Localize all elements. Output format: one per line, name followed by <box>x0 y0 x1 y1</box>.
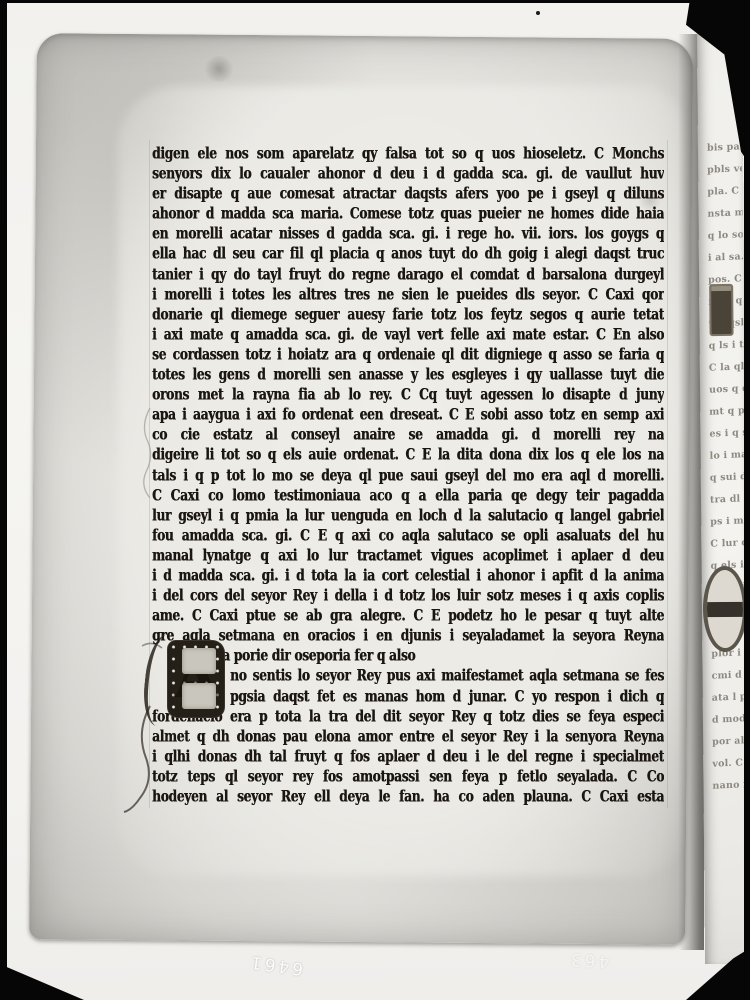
facing-initial-block <box>709 284 733 336</box>
photo-frame: digen ele nos som aparelatz qy falsa tot… <box>0 0 750 1000</box>
facing-page-edge: bis panls qpbls veriospla. C uirnsta man… <box>697 30 750 964</box>
illuminated-initial-a: A <box>158 641 228 717</box>
facing-fragment-line: C la ql su <box>709 361 744 385</box>
facing-fragment-line: q ls i talm <box>709 339 744 363</box>
ink-stain <box>203 56 235 82</box>
facing-fragment-line: q sui dl r <box>710 471 745 495</box>
facing-fragment-line: i al sa. C q <box>708 251 743 275</box>
text-block: digen ele nos som aparelatz qy falsa tot… <box>152 146 664 809</box>
facing-fragment-line: ata l pero i al <box>712 691 747 715</box>
dust-speck <box>536 11 540 15</box>
facing-fragment-line: q lo so i q <box>708 229 743 253</box>
facing-text-column: bis panls qpbls veriospla. C uirnsta man… <box>707 142 748 802</box>
facing-fragment-line: uos q dir <box>709 383 744 407</box>
facing-fragment-line: es i q so <box>709 427 744 451</box>
facing-fragment-line: nsta mane <box>707 207 742 231</box>
frame-edge-left <box>0 0 7 1000</box>
facing-fragment-line: mt q pla <box>709 405 744 429</box>
facing-fragment-line: C lur qu <box>710 537 745 561</box>
facing-initial-round <box>703 566 748 652</box>
facing-initial-band <box>703 602 747 617</box>
facing-fragment-line: nano i man <box>712 779 747 803</box>
frame-edge-top <box>0 0 750 3</box>
facing-fragment-line: d mode mayes q <box>712 713 747 737</box>
initial-panel-bottom <box>182 683 216 709</box>
manuscript-line: hodeyen al seyor Rey ell deya le fan. ha… <box>152 786 664 812</box>
initial-panel-top <box>182 648 216 674</box>
facing-fragment-line: por als tehaurs <box>712 735 747 759</box>
facing-fragment-line: vol. C la ps <box>712 757 747 781</box>
facing-fragment-line: tra dl co <box>710 493 745 517</box>
facing-fragment-line: pla. C uir <box>707 185 742 209</box>
facing-fragment-line: bis panls q <box>707 141 742 165</box>
facing-fragment-line: ps i mlt q <box>710 515 745 539</box>
facing-fragment-line: cmi d la dem <box>712 669 747 693</box>
facing-fragment-line: pbls verios <box>707 163 742 187</box>
facing-fragment-line: lo i mata <box>710 449 745 473</box>
secondary-number-mirrored: 463 <box>567 949 610 972</box>
ruling-line-right <box>667 140 668 808</box>
